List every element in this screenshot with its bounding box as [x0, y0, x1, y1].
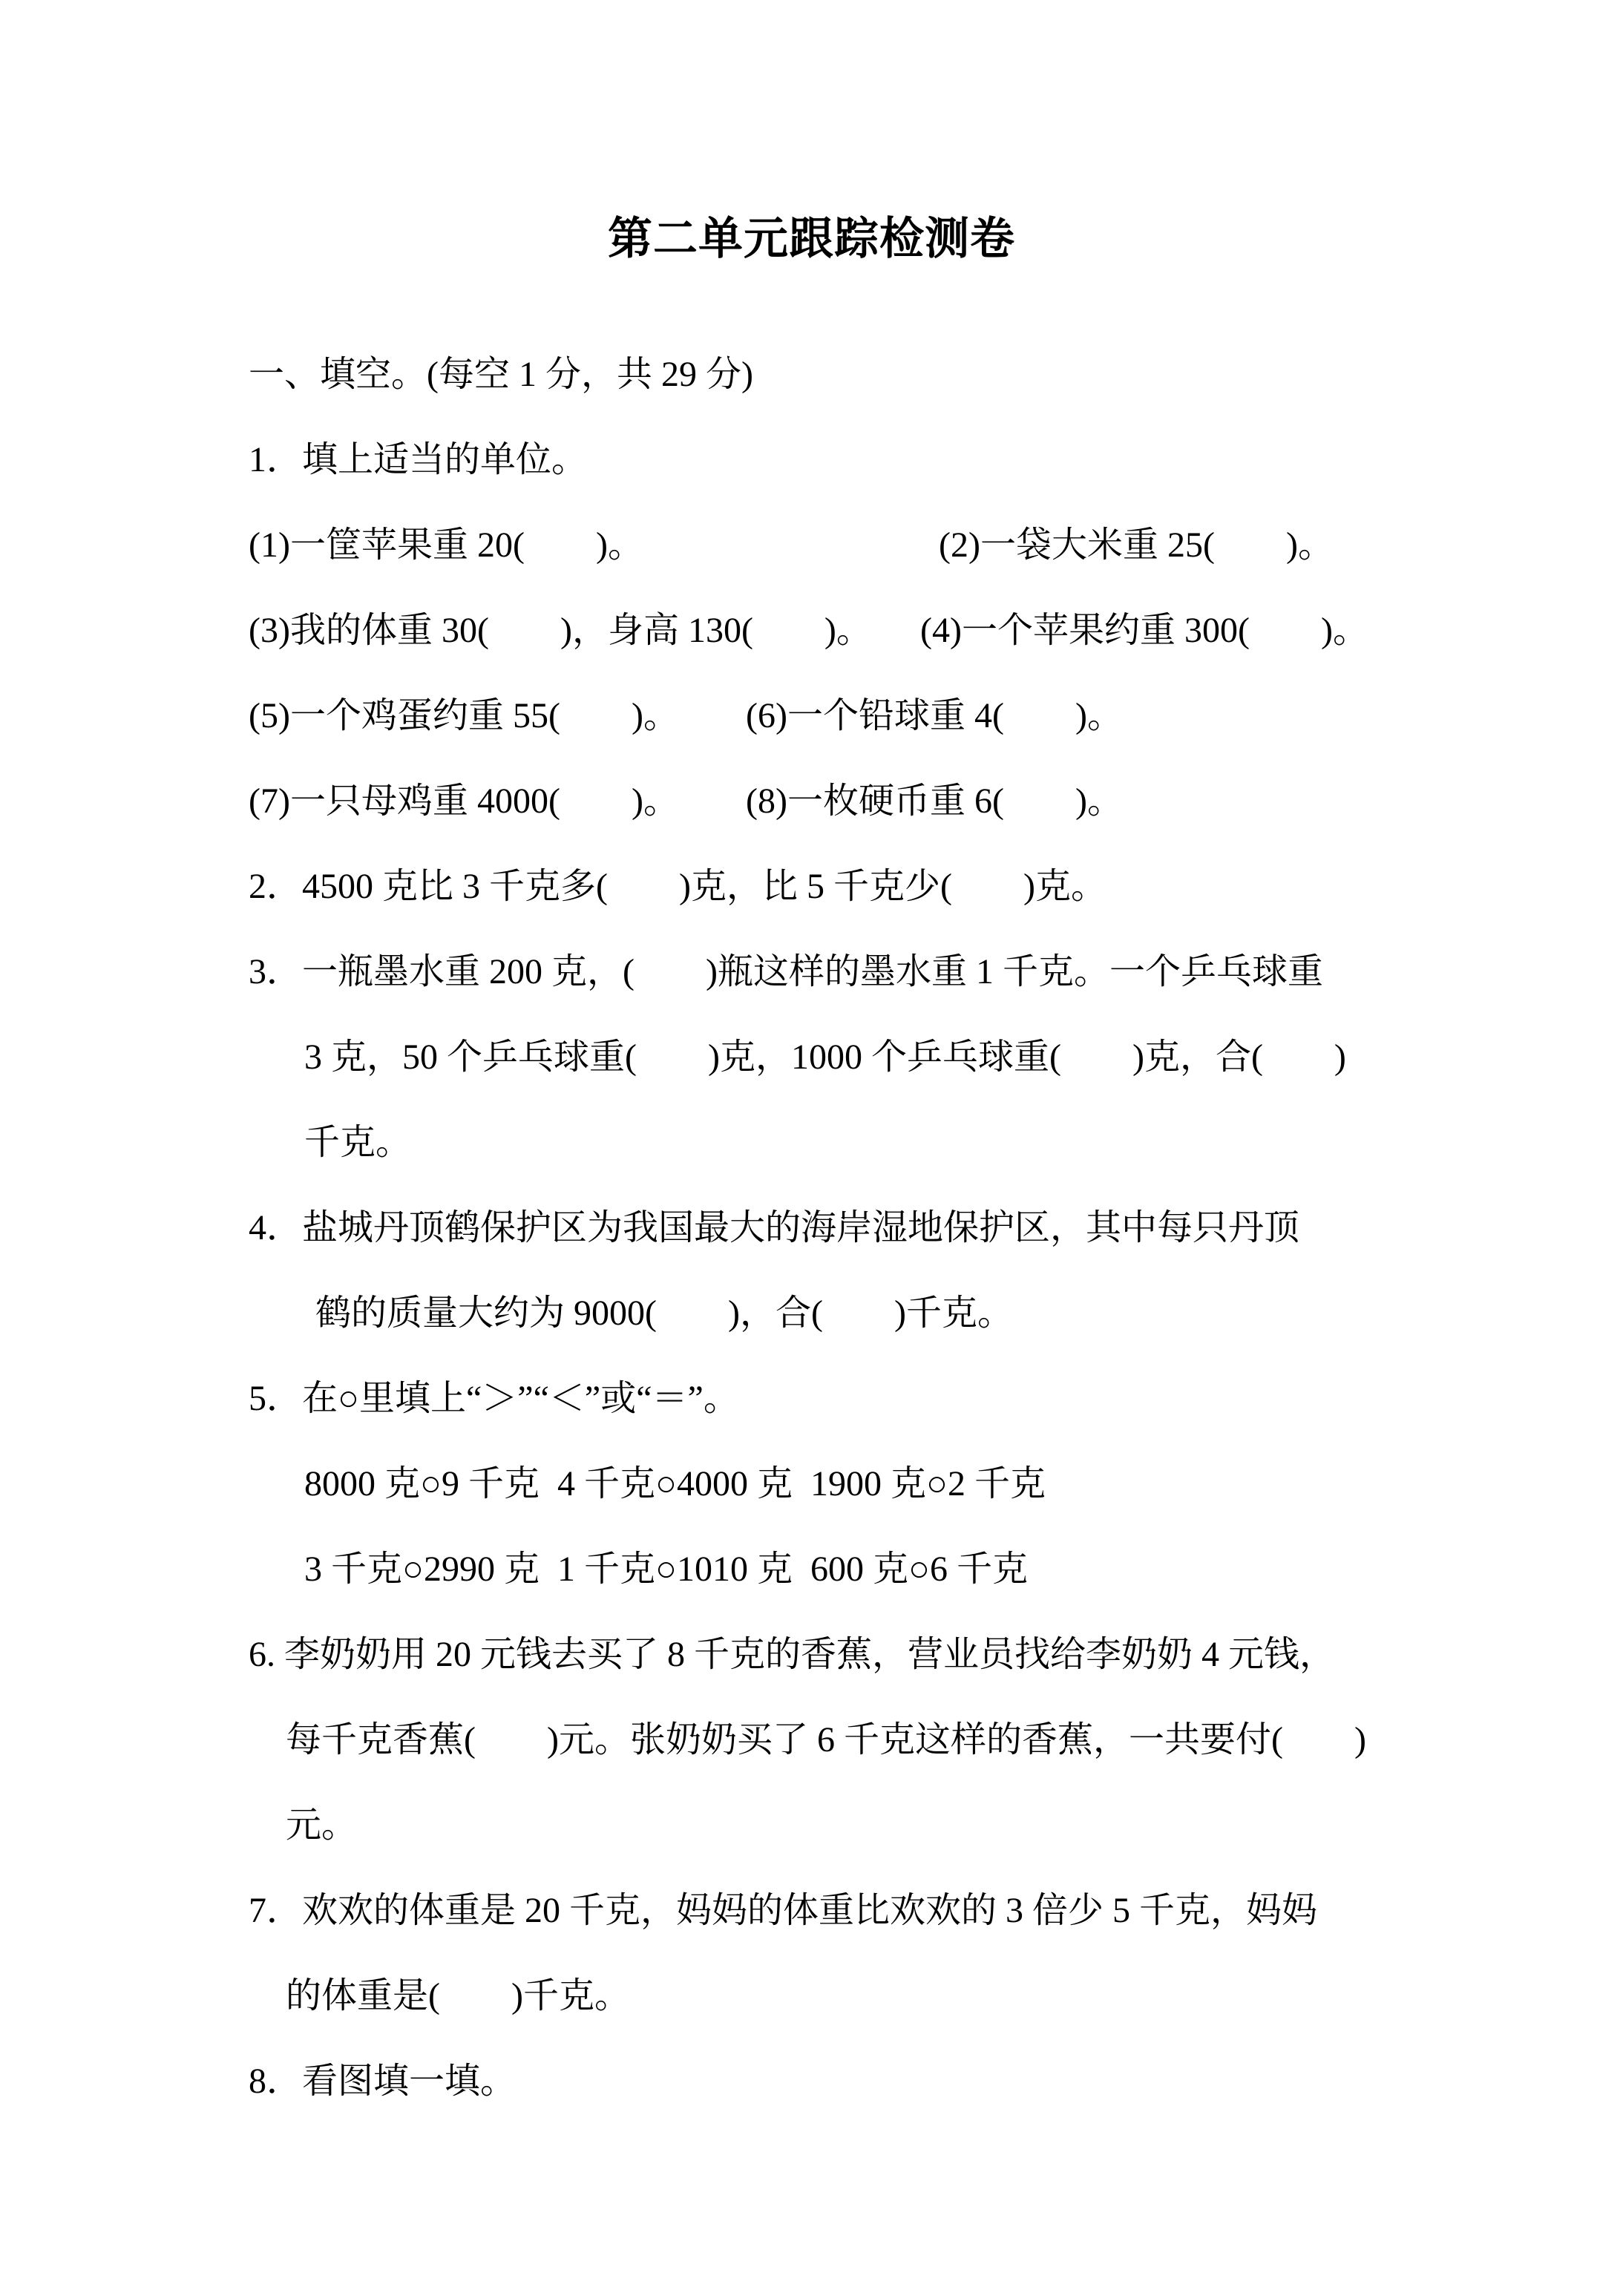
question-8-stem: 8．看图填一填。	[249, 2056, 516, 2108]
question-7-line-1: 7．欢欢的体重是 20 千克，妈妈的体重比欢欢的 3 倍少 5 千克，妈妈	[249, 1885, 1317, 1937]
question-3-line-3: 千克。	[304, 1117, 411, 1169]
question-7-line-2: 的体重是( )千克。	[286, 1970, 630, 2022]
question-1-item-3: (3)我的体重 30( )，身高 130( )。	[249, 605, 872, 657]
question-1-item-8: (8)一枚硬币重 6( )。	[746, 775, 1123, 827]
question-6-line-2: 每千克香蕉( )元。张奶奶买了 6 千克这样的香蕉，一共要付( )	[286, 1714, 1366, 1766]
question-1-stem: 1．填上适当的单位。	[249, 434, 587, 486]
question-5-row-2: 3 千克○2990 克 1 千克○1010 克 600 克○6 千克	[304, 1544, 1028, 1595]
question-6-line-3: 元。	[286, 1800, 357, 1851]
question-3-line-2: 3 克，50 个乒乓球重( )克，1000 个乒乓球重( )克，合( )	[304, 1031, 1346, 1083]
question-4-line-1: 4．盐城丹顶鹤保护区为我国最大的海岸湿地保护区，其中每只丹顶	[249, 1202, 1299, 1254]
question-4-line-2: 鹤的质量大约为 9000( )，合( )千克。	[315, 1288, 1013, 1339]
question-1-item-7: (7)一只母鸡重 4000( )。	[249, 775, 679, 827]
question-1-item-5: (5)一个鸡蛋约重 55( )。	[249, 690, 679, 742]
question-3-line-1: 3．一瓶墨水重 200 克，( )瓶这样的墨水重 1 千克。一个乒乓球重	[249, 946, 1323, 998]
page-title: 第二单元跟踪检测卷	[0, 209, 1623, 269]
section-heading: 一、填空。(每空 1 分，共 29 分)	[249, 349, 753, 401]
question-1-item-6: (6)一个铅球重 4( )。	[746, 690, 1123, 742]
question-5-row-1: 8000 克○9 千克 4 千克○4000 克 1900 克○2 千克	[304, 1458, 1046, 1510]
question-2: 2．4500 克比 3 千克多( )克，比 5 千克少( )克。	[249, 861, 1106, 913]
question-1-item-4: (4)一个苹果约重 300( )。	[920, 605, 1368, 657]
question-1-item-1: (1)一筐苹果重 20( )。	[249, 519, 643, 571]
question-6-line-1: 6. 李奶奶用 20 元钱去买了 8 千克的香蕉，营业员找给李奶奶 4 元钱，	[249, 1629, 1335, 1681]
question-5-stem: 5．在○里填上“＞”“＜”或“＝”。	[249, 1373, 739, 1425]
question-1-item-2: (2)一袋大米重 25( )。	[939, 519, 1334, 571]
